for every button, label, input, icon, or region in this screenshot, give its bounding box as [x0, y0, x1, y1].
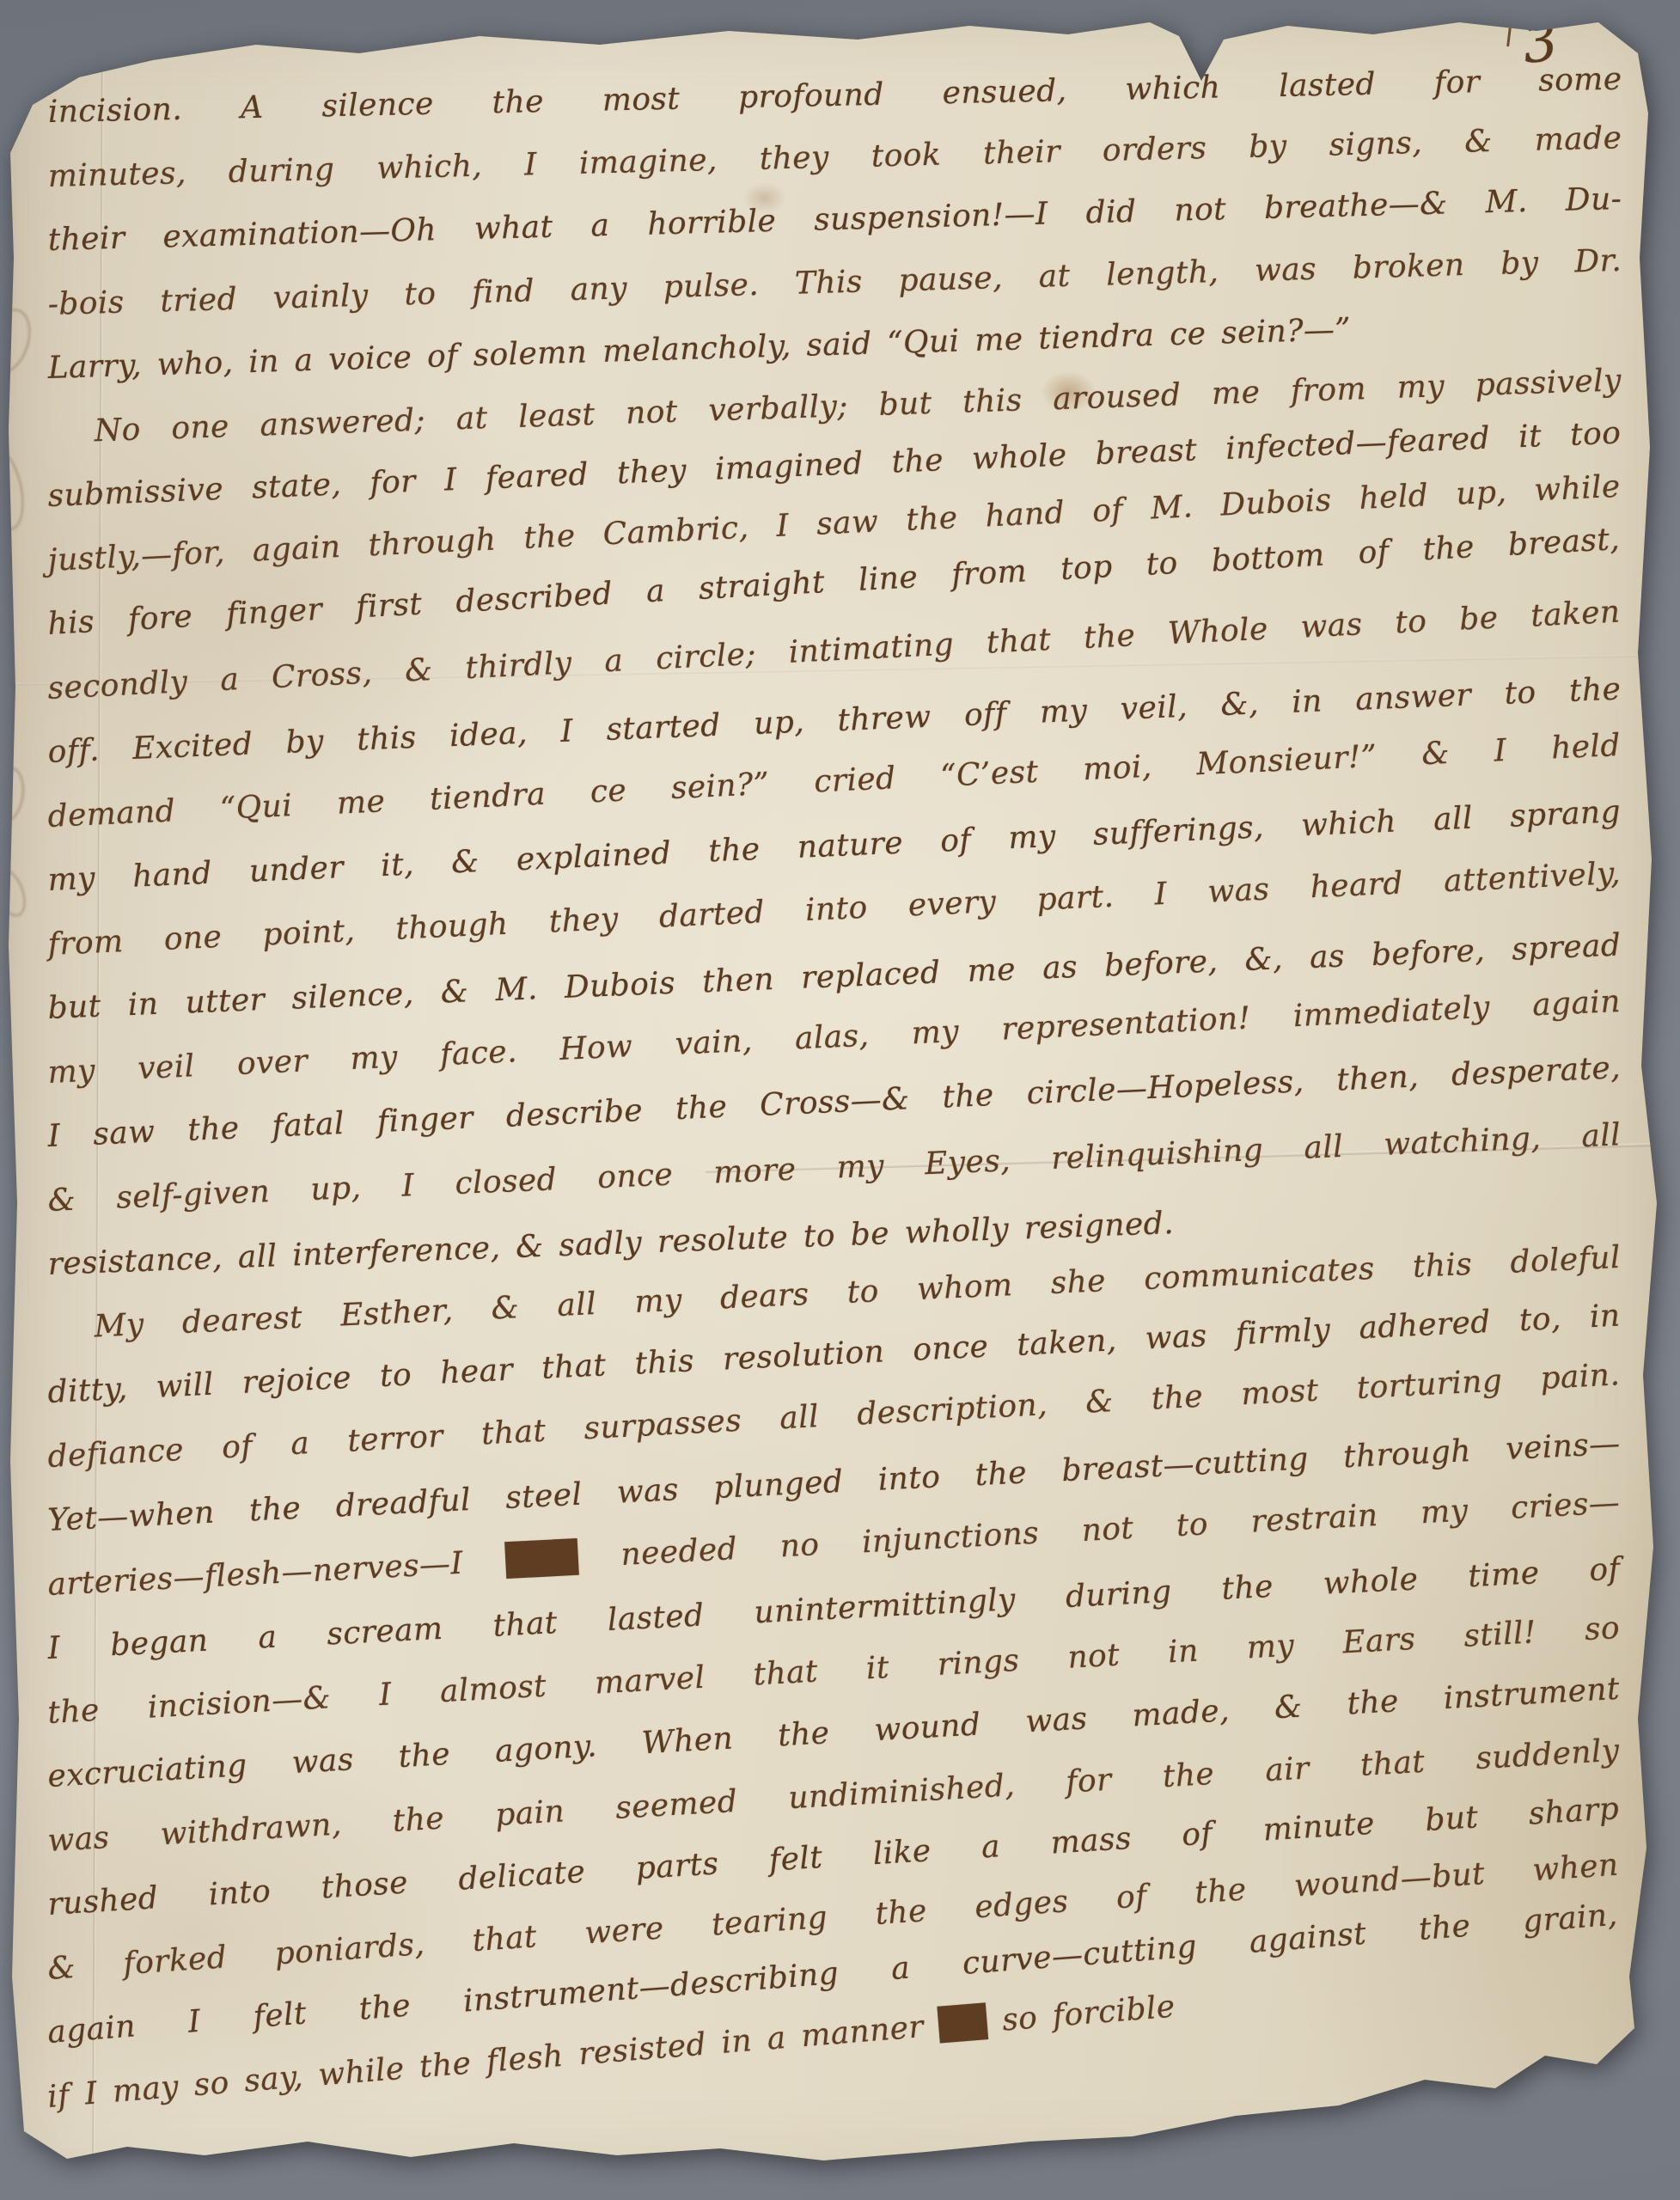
- ink-bleedthrough-mark: [0, 764, 28, 825]
- scan-background: { "document": { "kind": "handwritten man…: [0, 0, 1680, 2200]
- ink-bleedthrough-mark: [0, 443, 31, 534]
- letter-page-wrapper: 3 incision. A silence the most profound …: [0, 0, 1680, 2200]
- ink-bleedthrough-mark: [0, 865, 32, 920]
- ink-bleedthrough-mark: [0, 302, 39, 379]
- letter-page: 3 incision. A silence the most profound …: [0, 0, 1680, 2200]
- manuscript-text: incision. A silence the most profound en…: [48, 81, 1622, 2130]
